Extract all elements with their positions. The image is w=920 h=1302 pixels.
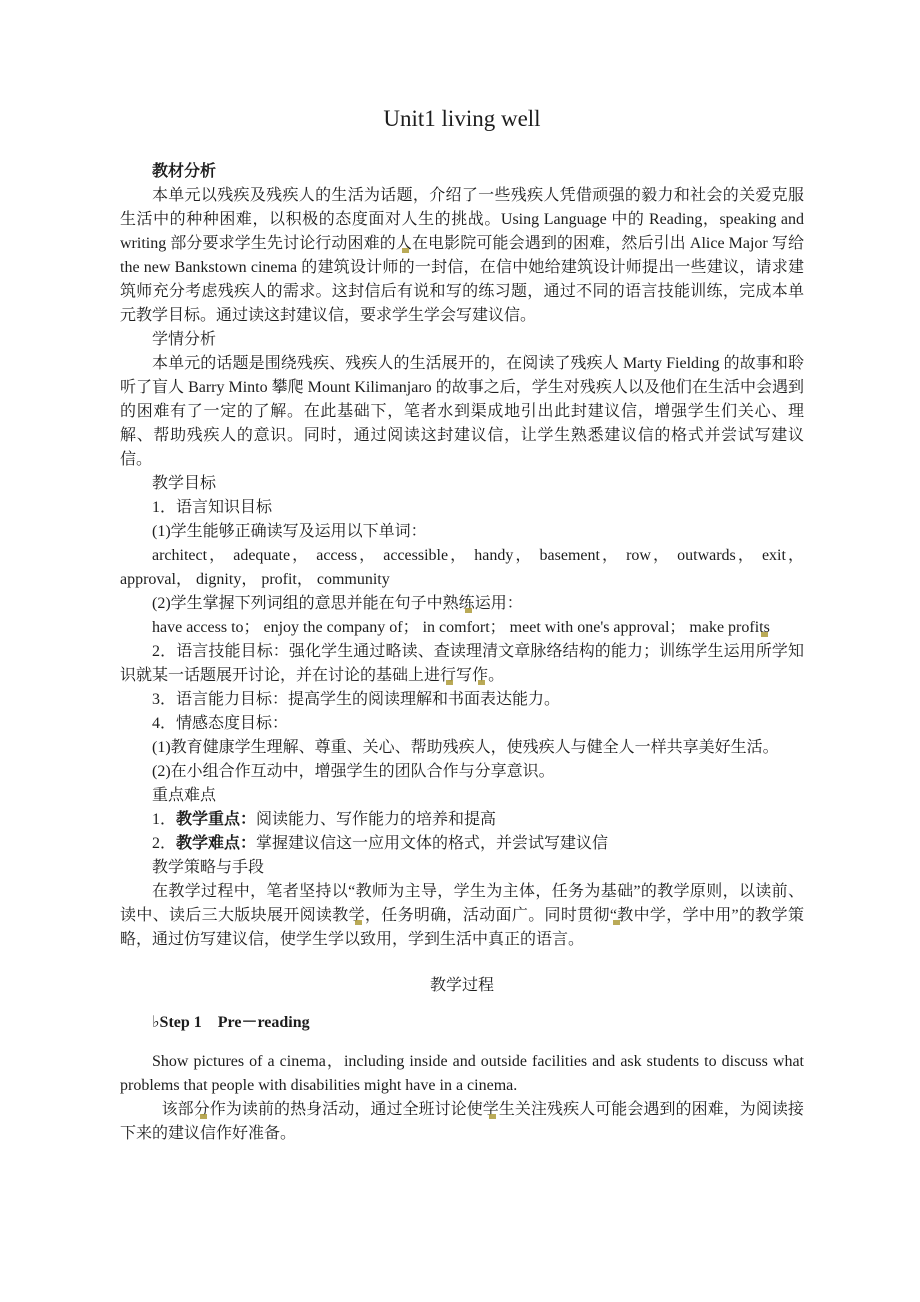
- text-run: 阅读能力、写作能力的培养和提高: [256, 811, 496, 828]
- phrase-list: have access to； enjoy the company of； in…: [120, 616, 804, 640]
- list-item-emotion-1: (1)教育健康学生理解、尊重、关心、帮助残疾人，使残疾人与健全人一样共享美好生活…: [120, 736, 804, 760]
- section-heading-learner-analysis: 学情分析: [120, 328, 804, 352]
- text-run: 1．: [152, 811, 176, 828]
- paragraph-learner-analysis: 本单元的话题是围绕残疾、残疾人的生活展开的，在阅读了残疾人 Marty Fiel…: [120, 352, 804, 472]
- highlight-mark: 学: [349, 907, 365, 924]
- text-run: 4．情感态度目标：: [152, 715, 288, 732]
- list-item-emotion-2: (2)在小组合作互动中，增强学生的团队合作与分享意识。: [120, 760, 804, 784]
- list-item-language-skill-objective: 2．语言技能目标：强化学生通过略读、查读理清文章脉络结构的能力；训练学生运用所学…: [120, 640, 804, 688]
- text-run: 教学难点：: [176, 835, 256, 852]
- text-run: 重点难点: [152, 787, 216, 804]
- text-run: 3．语言能力目标：提高学生的阅读理解和书面表达能力。: [152, 691, 560, 708]
- text-run: (1)学生能够正确读写及运用以下单词：: [152, 523, 427, 540]
- text-run: 教学目标: [152, 475, 216, 492]
- step-heading-step1-pre-reading: ♭Step 1 Pre－reading: [120, 1011, 804, 1035]
- list-item-emotional-attitude-objective: 4．情感态度目标：: [120, 712, 804, 736]
- text-run: have access to； enjoy the company of； in…: [152, 619, 759, 636]
- document-title: Unit1 living well: [120, 104, 804, 134]
- list-item-words-intro: (1)学生能够正确读写及运用以下单词：: [120, 520, 804, 544]
- center-heading-teaching-procedure: 教学过程: [120, 974, 804, 998]
- highlight-mark: 作: [472, 667, 488, 684]
- text-run: (2)在小组合作互动中，增强学生的团队合作与分享意识。: [152, 763, 555, 780]
- list-item-language-ability-objective: 3．语言能力目标：提高学生的阅读理解和书面表达能力。: [120, 688, 804, 712]
- document-page: Unit1 living well 教材分析本单元以残疾及残疾人的生活为话题，介…: [0, 0, 920, 1302]
- list-item-teaching-difficult-point: 2．教学难点：掌握建议信这一应用文体的格式，并尝试写建议信: [120, 832, 804, 856]
- text-run: Show pictures of a cinema，including insi…: [120, 1053, 804, 1094]
- text-run: 教材分析: [152, 163, 216, 180]
- text-run: 写: [456, 667, 472, 684]
- highlight-mark: 行: [440, 667, 456, 684]
- text-run: 本单元的话题是围绕残疾、残疾人的生活展开的，在阅读了残疾人 Marty Fiel…: [120, 355, 804, 468]
- highlight-mark: “: [610, 907, 617, 924]
- highlight-mark: 分: [194, 1101, 210, 1118]
- highlight-mark: 练: [459, 595, 475, 612]
- paragraph-teaching-strategies: 在教学过程中，笔者坚持以“教师为主导，学生为主体，任务为基础”的教学原则，以读前…: [120, 880, 804, 952]
- highlight-mark: 人: [396, 235, 412, 252]
- text-run: 学情分析: [152, 331, 216, 348]
- word-list: architect， adequate， access， accessible，…: [120, 544, 804, 592]
- section-heading-textbook-analysis: 教材分析: [120, 160, 804, 184]
- text-run: 教学重点：: [176, 811, 256, 828]
- paragraph-textbook-analysis: 本单元以残疾及残疾人的生活为话题，介绍了一些残疾人凭借顽强的毅力和社会的关爱克服…: [120, 184, 804, 328]
- highlight-mark: t: [759, 619, 763, 636]
- text-run: architect， adequate， access， accessible，…: [120, 547, 804, 588]
- text-run: 2．: [152, 835, 176, 852]
- list-item-phrases-intro: (2)学生掌握下列词组的意思并能在句子中熟练运用：: [120, 592, 804, 616]
- highlight-mark: 学: [483, 1101, 499, 1118]
- list-item-teaching-key-point: 1．教学重点：阅读能力、写作能力的培养和提高: [120, 808, 804, 832]
- text-run: 作为读前的热身活动，通过全班讨论使: [210, 1101, 483, 1118]
- paragraph-step1-chinese: 该部分作为读前的热身活动，通过全班讨论使学生关注残疾人可能会遇到的困难，为阅读接…: [120, 1098, 804, 1146]
- text-run: 。: [488, 667, 504, 684]
- text-run: (1)教育健康学生理解、尊重、关心、帮助残疾人，使残疾人与健全人一样共享美好生活…: [152, 739, 779, 756]
- text-run: ♭Step 1 Pre－reading: [152, 1014, 310, 1031]
- text-run: 教学策略与手段: [152, 859, 264, 876]
- text-run: (2)学生掌握下列词组的意思并能在句子中熟: [152, 595, 459, 612]
- paragraph-step1-english: Show pictures of a cinema，including insi…: [120, 1050, 804, 1098]
- section-heading-key-difficult-points: 重点难点: [120, 784, 804, 808]
- text-run: 掌握建议信这一应用文体的格式，并尝试写建议信: [256, 835, 608, 852]
- document-body: 教材分析本单元以残疾及残疾人的生活为话题，介绍了一些残疾人凭借顽强的毅力和社会的…: [120, 160, 804, 1146]
- text-run: 运用：: [475, 595, 523, 612]
- text-run: 教学过程: [430, 977, 494, 994]
- text-run: 1．语言知识目标: [152, 499, 272, 516]
- text-run: ，任务明确，活动面广。同时贯彻: [365, 907, 610, 924]
- section-heading-teaching-strategies: 教学策略与手段: [120, 856, 804, 880]
- text-run: 该部: [162, 1101, 194, 1118]
- section-heading-teaching-objectives: 教学目标: [120, 472, 804, 496]
- list-item-language-knowledge-objective: 1．语言知识目标: [120, 496, 804, 520]
